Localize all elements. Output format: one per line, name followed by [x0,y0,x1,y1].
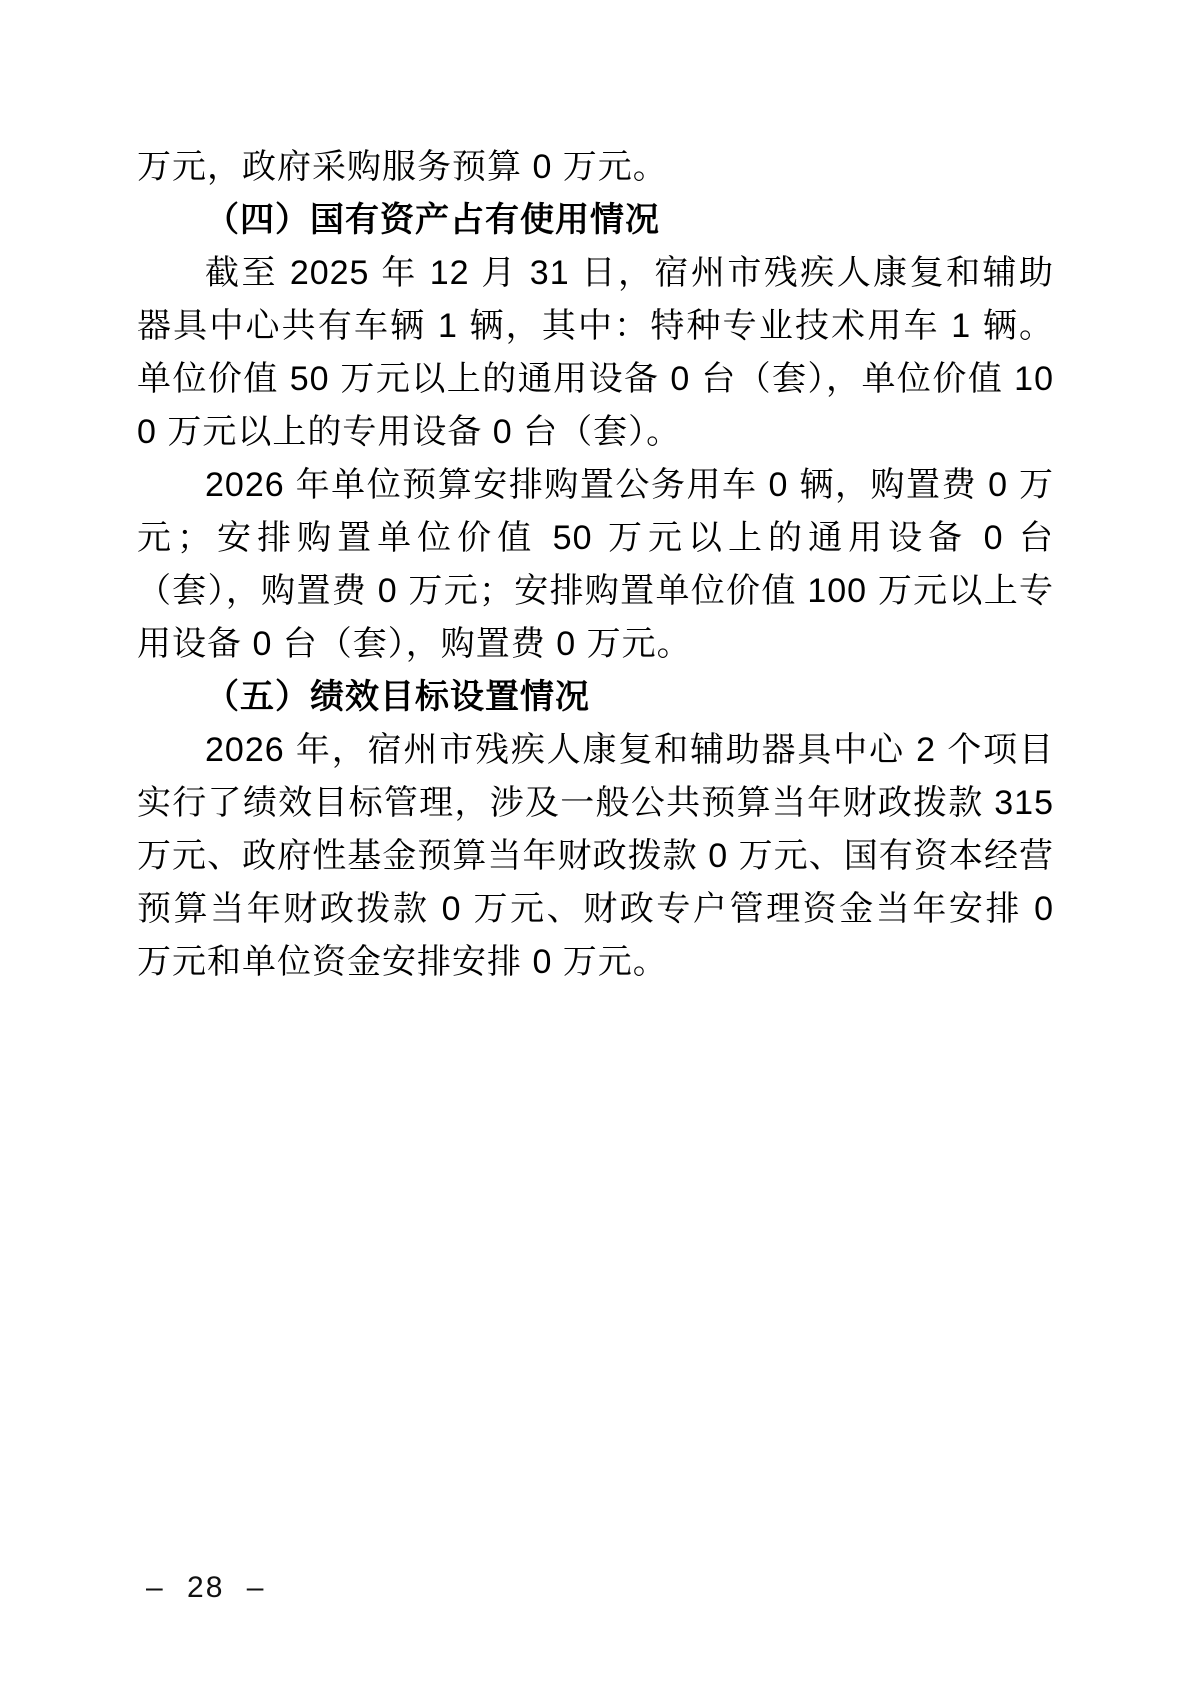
document-page: 万元，政府采购服务预算 0 万元。（四）国有资产占有使用情况截至 2025 年 … [0,0,1190,1683]
paragraph-assets: 截至 2025 年 12 月 31 日，宿州市残疾人康复和辅助器具中心共有车辆 … [137,247,1054,459]
paragraph-performance-targets: 2026 年，宿州市残疾人康复和辅助器具中心 2 个项目实行了绩效目标管理，涉及… [137,724,1054,989]
section-heading-5: （五）绩效目标设置情况 [137,671,1054,724]
paragraph-procurement: 2026 年单位预算安排购置公务用车 0 辆，购置费 0 万元；安排购置单位价值… [137,459,1054,671]
page-number: – 28 – [146,1570,265,1606]
paragraph-carryover: 万元，政府采购服务预算 0 万元。 [137,141,1054,194]
section-heading-4: （四）国有资产占有使用情况 [137,194,1054,247]
document-body: 万元，政府采购服务预算 0 万元。（四）国有资产占有使用情况截至 2025 年 … [137,141,1054,989]
